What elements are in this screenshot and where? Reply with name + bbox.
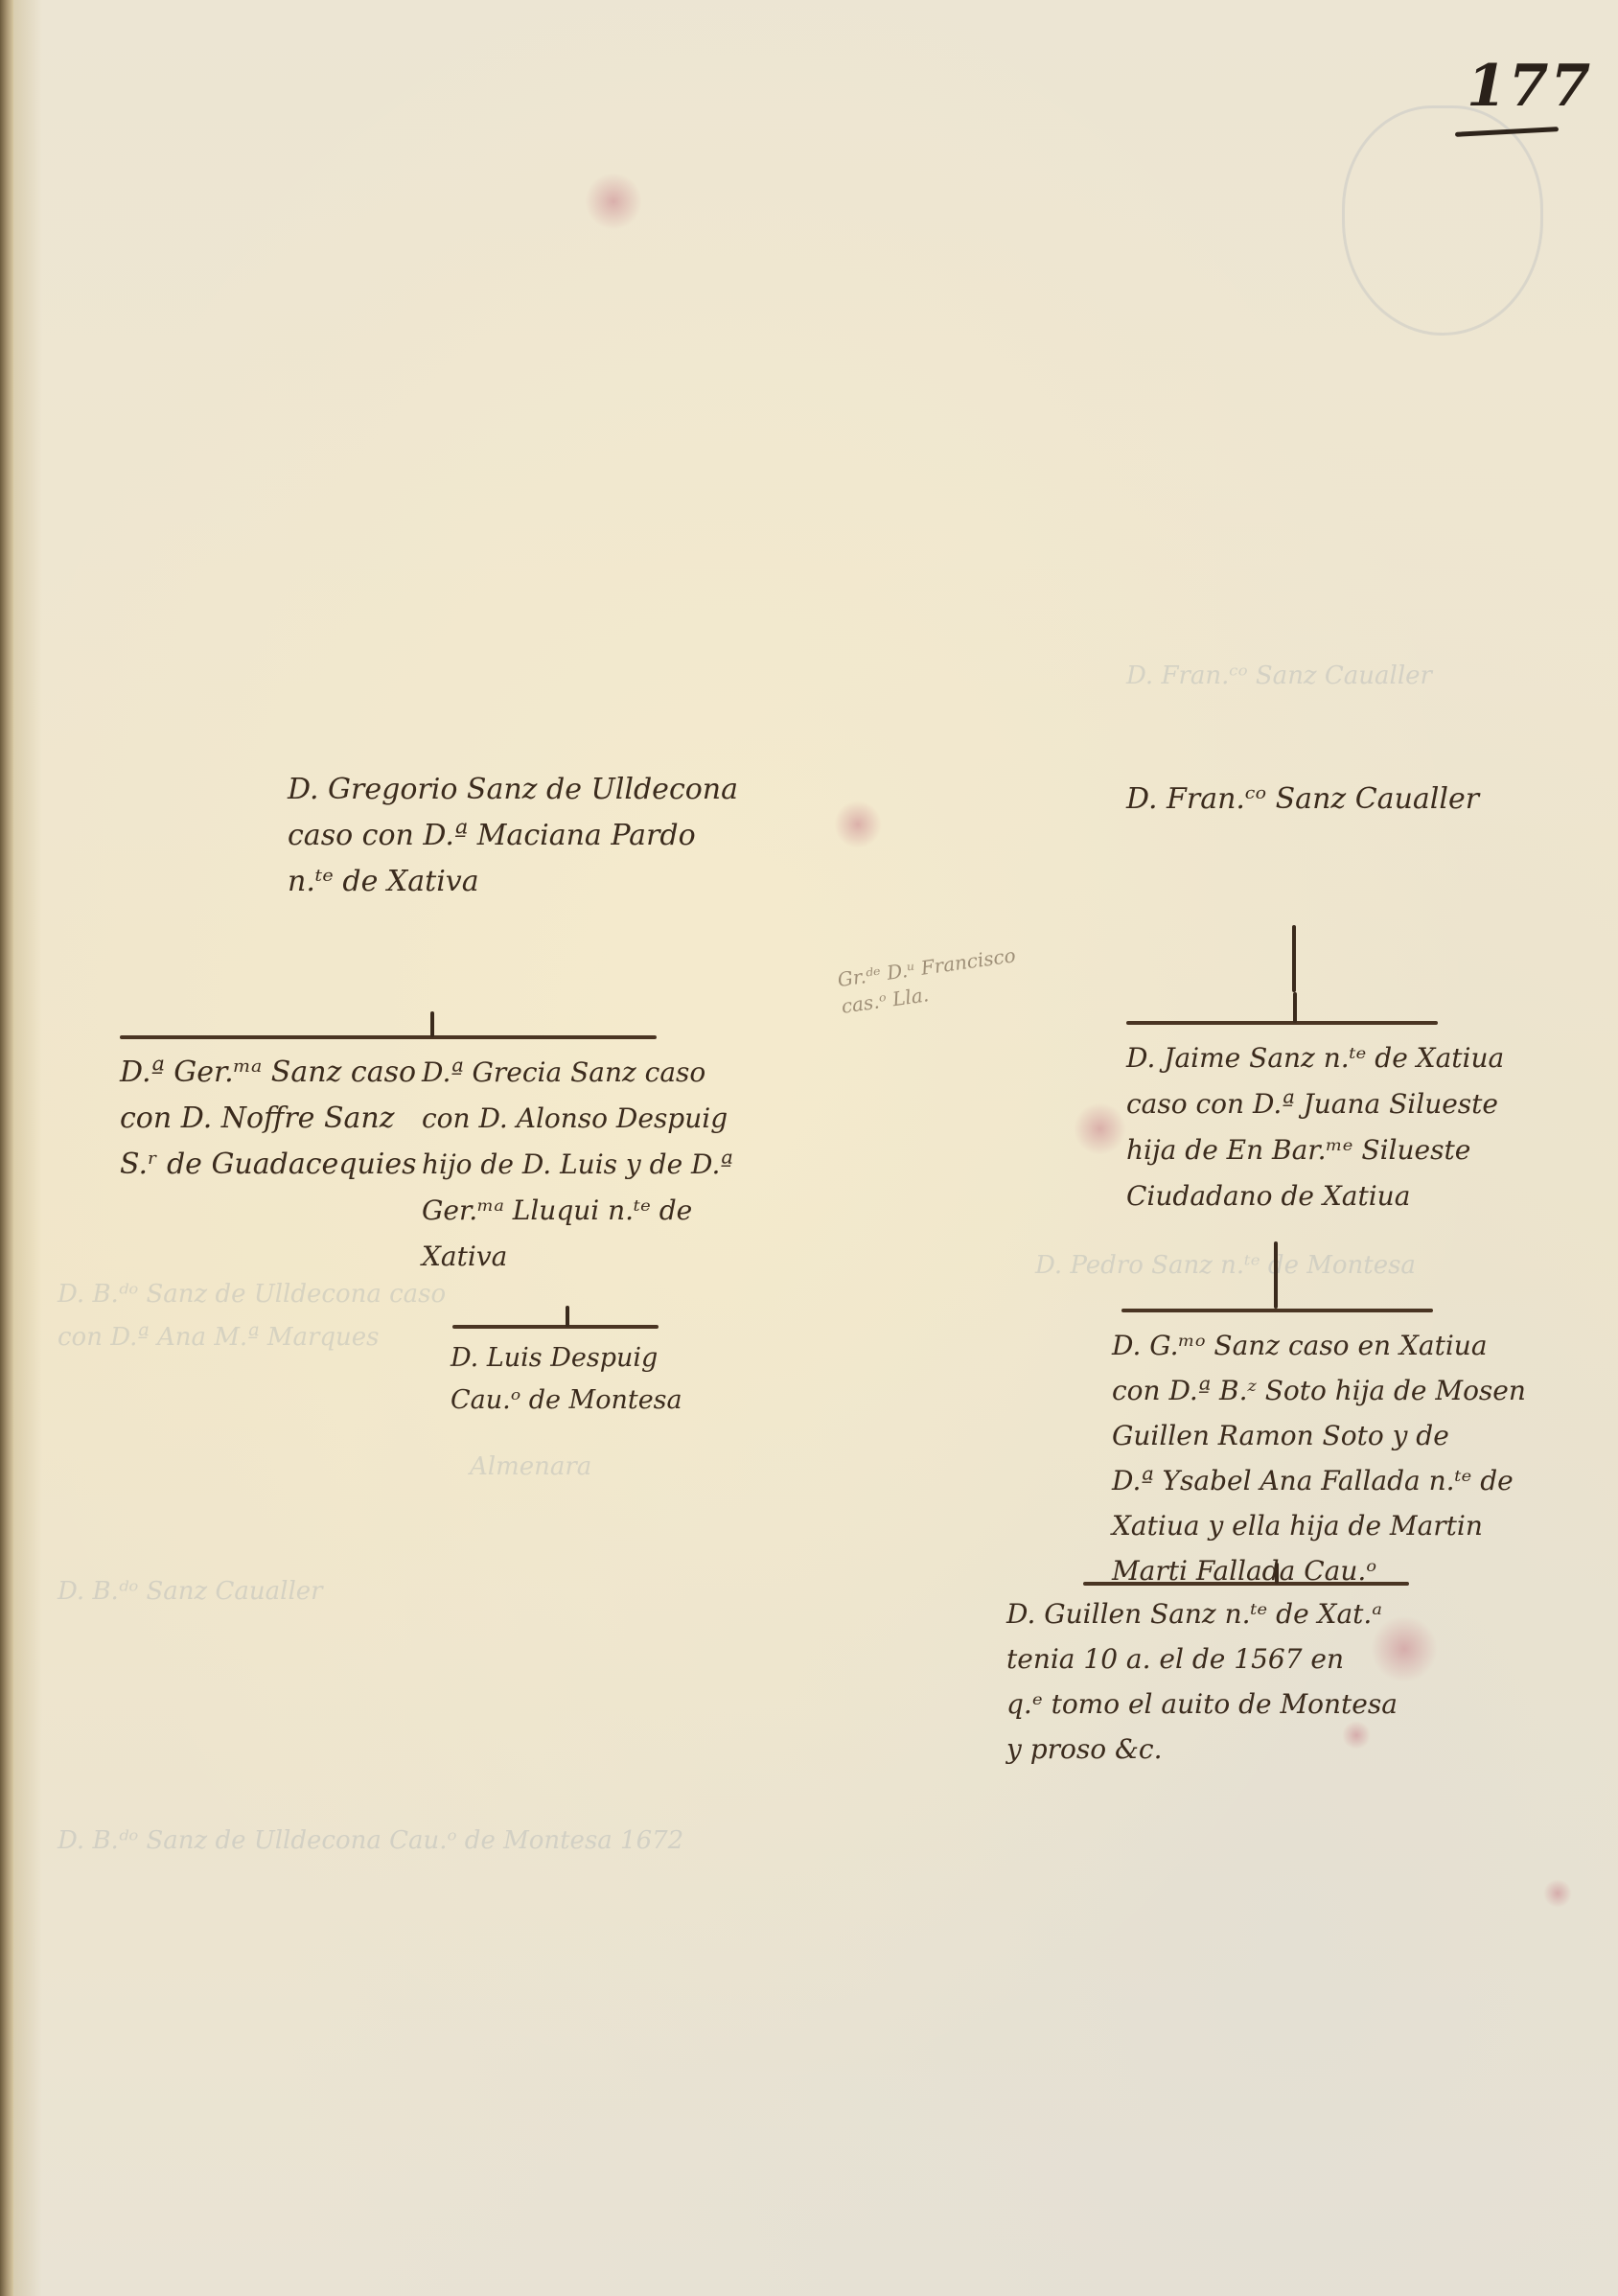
entry-line: D.ª Ysabel Ana Fallada n.ᵗᵉ de bbox=[1112, 1458, 1526, 1503]
bleed-through-text: D. B.ᵈᵒ Sanz Caualler bbox=[58, 1572, 323, 1611]
bracket-stem bbox=[566, 1306, 569, 1327]
entry-line: S.ʳ de Guadacequies bbox=[120, 1142, 417, 1188]
entry-luis-despuig: D. Luis Despuig Cau.ᵒ de Montesa bbox=[451, 1337, 682, 1422]
bleed-through-text: D. Pedro Sanz n.ᵗᵉ de Montesa bbox=[1035, 1246, 1416, 1285]
family-bracket bbox=[1121, 1309, 1433, 1312]
marginal-note: Gr.ᵈᵉ D.ᵘ Francisco cas.ᵒ Lla. bbox=[836, 941, 1021, 1020]
entry-gregorio-sanz: D. Gregorio Sanz de Ulldecona caso con D… bbox=[288, 767, 738, 905]
entry-line: Cau.ᵒ de Montesa bbox=[451, 1380, 682, 1422]
stamp-ghost bbox=[1342, 105, 1543, 336]
entry-line: Xatiua y ella hija de Martin bbox=[1112, 1503, 1526, 1548]
ink-stain bbox=[1074, 1102, 1126, 1155]
entry-line: caso con D.ª Juana Silueste bbox=[1126, 1081, 1504, 1127]
entry-line: D. Fran.ᶜᵒ Sanz Caualler bbox=[1126, 777, 1479, 823]
entry-line: D. Luis Despuig bbox=[451, 1337, 682, 1380]
entry-gmo-sanz: D. G.ᵐᵒ Sanz caso en Xatiua con D.ª B.ᶻ … bbox=[1112, 1323, 1526, 1593]
bracket-stem bbox=[1293, 992, 1297, 1023]
entry-line: Marti Fallada Cau.ᵒ bbox=[1112, 1548, 1526, 1593]
entry-line: q.ᵉ tomo el auito de Montesa bbox=[1006, 1681, 1398, 1727]
bracket-stem bbox=[1274, 1241, 1278, 1309]
entry-line: con D.ª B.ᶻ Soto hija de Mosen bbox=[1112, 1368, 1526, 1413]
entry-line: n.ᵗᵉ de Xativa bbox=[288, 859, 738, 905]
entry-line: Ciudadano de Xatiua bbox=[1126, 1173, 1504, 1219]
entry-line: D. Guillen Sanz n.ᵗᵉ de Xat.ᵃ bbox=[1006, 1591, 1398, 1636]
family-bracket bbox=[1126, 1021, 1438, 1025]
binding-edge bbox=[0, 0, 13, 2296]
ink-stain bbox=[585, 173, 642, 230]
bracket-stem bbox=[1292, 925, 1296, 992]
entry-line: Ger.ᵐᵃ Lluqui n.ᵗᵉ de bbox=[422, 1188, 733, 1234]
ink-stain bbox=[1543, 1879, 1572, 1908]
entry-jaime-sanz: D. Jaime Sanz n.ᵗᵉ de Xatiua caso con D.… bbox=[1126, 1035, 1504, 1219]
family-bracket bbox=[452, 1325, 659, 1329]
bleed-through-text: D. Fran.ᶜᵒ Sanz Caualler bbox=[1126, 657, 1432, 695]
entry-line: Guillen Ramon Soto y de bbox=[1112, 1413, 1526, 1458]
manuscript-page: D. Fran.ᶜᵒ Sanz Caualler D. B.ᵈᵒ Sanz de… bbox=[0, 0, 1618, 2296]
family-bracket bbox=[1083, 1582, 1409, 1586]
entry-line: Xativa bbox=[422, 1234, 733, 1280]
fold-shadow bbox=[13, 0, 42, 2296]
entry-line: D.ª Ger.ᵐᵃ Sanz caso bbox=[120, 1050, 417, 1096]
entry-line: tenia 10 a. el de 1567 en bbox=[1006, 1636, 1398, 1681]
entry-line: y proso &c. bbox=[1006, 1727, 1398, 1772]
family-bracket bbox=[120, 1035, 657, 1039]
ink-stain bbox=[834, 800, 882, 848]
bleed-through-text: D. B.ᵈᵒ Sanz de Ulldecona caso bbox=[58, 1275, 446, 1313]
bracket-stem bbox=[1275, 1563, 1279, 1584]
bleed-through-text: D. B.ᵈᵒ Sanz de Ulldecona Cau.ᵒ de Monte… bbox=[58, 1821, 683, 1860]
entry-guillen-sanz: D. Guillen Sanz n.ᵗᵉ de Xat.ᵃ tenia 10 a… bbox=[1006, 1591, 1398, 1772]
folio-number: 177 bbox=[1467, 53, 1592, 120]
entry-ger-sanz: D.ª Ger.ᵐᵃ Sanz caso con D. Noffre Sanz … bbox=[120, 1050, 417, 1188]
entry-line: hija de En Bar.ᵐᵉ Silueste bbox=[1126, 1127, 1504, 1173]
entry-line: con D. Noffre Sanz bbox=[120, 1096, 417, 1142]
entry-line: D. Jaime Sanz n.ᵗᵉ de Xatiua bbox=[1126, 1035, 1504, 1081]
entry-francisco-sanz: D. Fran.ᶜᵒ Sanz Caualler bbox=[1126, 777, 1479, 823]
entry-line: con D. Alonso Despuig bbox=[422, 1096, 733, 1142]
entry-line: D.ª Grecia Sanz caso bbox=[422, 1050, 733, 1096]
entry-line: caso con D.ª Maciana Pardo bbox=[288, 813, 738, 859]
bleed-through-text: con D.ª Ana M.ª Marques bbox=[58, 1318, 380, 1357]
entry-grecia-sanz: D.ª Grecia Sanz caso con D. Alonso Despu… bbox=[422, 1050, 733, 1280]
bleed-through-text: Almenara bbox=[470, 1448, 591, 1486]
entry-line: hijo de D. Luis y de D.ª bbox=[422, 1142, 733, 1188]
entry-line: D. Gregorio Sanz de Ulldecona bbox=[288, 767, 738, 813]
bracket-stem bbox=[430, 1011, 434, 1037]
entry-line: D. G.ᵐᵒ Sanz caso en Xatiua bbox=[1112, 1323, 1526, 1368]
